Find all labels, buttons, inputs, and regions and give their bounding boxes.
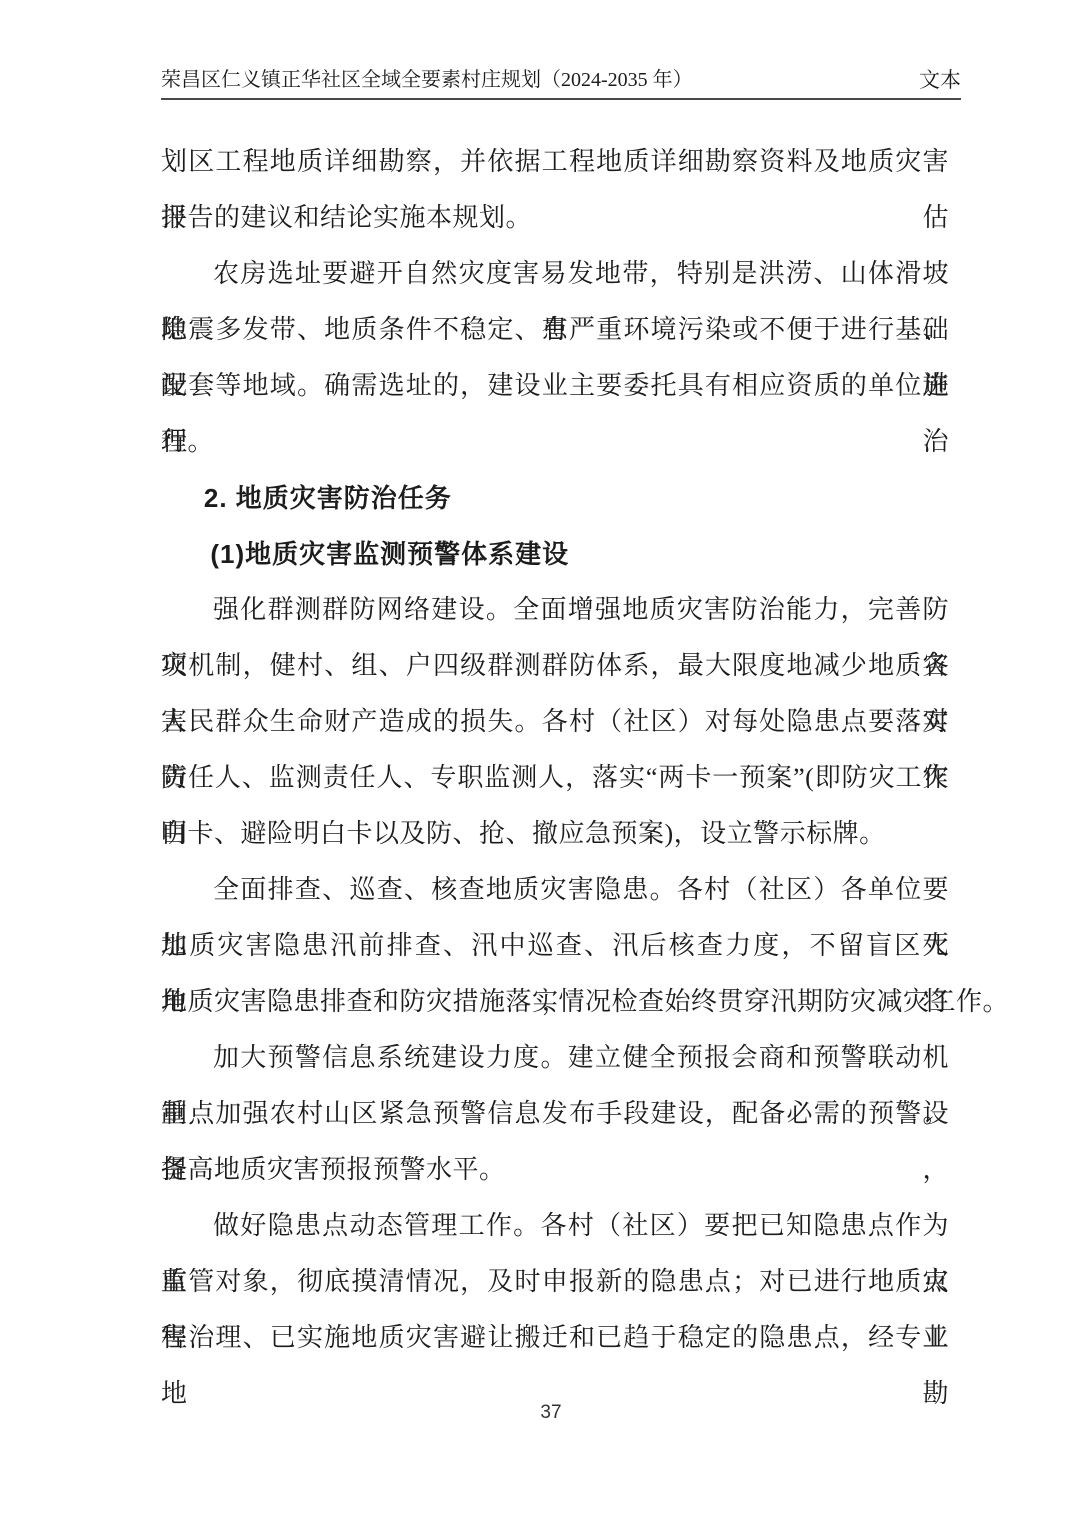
heading2: (1)地质灾害监测预警体系建设: [161, 526, 949, 582]
header-title: 荣昌区仁义镇正华社区全域全要素村庄规划（2024-2035 年）: [161, 68, 693, 92]
paragraph: 强化群测群防网络建设。全面增强地质灾害防治能力，完善防灾各项机制，健村、组、户四…: [161, 582, 949, 862]
text-line: 地质灾害隐患排查和防灾措施落实情况检查始终贯穿汛期防灾减灾工作。: [161, 974, 949, 1030]
paragraph: 划区工程地质详细勘察，并依据工程地质详细勘察资料及地质灾害评估报告的建议和结论实…: [161, 134, 949, 246]
text-line: 地震多发带、地质条件不稳定、有严重环境污染或不便于进行基础设施: [161, 302, 949, 358]
text-line: 项机制，健村、组、户四级群测群防体系，最大限度地减少地质灾害对: [161, 638, 949, 694]
text-line: 全面排查、巡查、核查地质灾害隐患。各村（社区）各单位要加大: [161, 862, 949, 918]
text-line: 划区工程地质详细勘察，并依据工程地质详细勘察资料及地质灾害评估: [161, 134, 949, 190]
text-line: 配套等地域。确需选址的，建设业主要委托具有相应资质的单位进行治: [161, 358, 949, 414]
paragraph: 农房选址要避开自然灾度害易发地带，特别是洪涝、山体滑坡隐患、地震多发带、地质条件…: [161, 246, 949, 470]
text-line: 农房选址要避开自然灾度害易发地带，特别是洪涝、山体滑坡隐患、: [161, 246, 949, 302]
paragraph: 加大预警信息系统建设力度。建立健全预报会商和预警联动机制。重点加强农村山区紧急预…: [161, 1030, 949, 1198]
paragraph: 做好隐患点动态管理工作。各村（社区）要把已知隐患点作为重点监管对象，彻底摸清情况…: [161, 1198, 949, 1366]
header-doc-type-label: 文本: [919, 68, 961, 92]
text-line: 白卡、避险明白卡以及防、抢、撤应急预案)，设立警示标牌。: [161, 806, 949, 862]
page-number: 37: [540, 1402, 561, 1423]
text-line: 程治理、已实施地质灾害避让搬迁和已趋于稳定的隐患点，经专业地勘: [161, 1310, 949, 1366]
text-line: 责任人、监测责任人、专职监测人，落实“两卡一预案”(即防灾工作明: [161, 750, 949, 806]
text-line: 地质灾害隐患汛前排查、汛中巡查、汛后核查力度，不留盲区死角，将: [161, 918, 949, 974]
text-line: 重点加强农村山区紧急预警信息发布手段建设，配备必需的预警设备，: [161, 1086, 949, 1142]
text-line: 人民群众生命财产造成的损失。各村（社区）对每处隐患点要落实防灾: [161, 694, 949, 750]
text-line: 监管对象，彻底摸清情况，及时申报新的隐患点；对已进行地质灾害工: [161, 1254, 949, 1310]
text-line: 2. 地质灾害防治任务: [161, 470, 949, 526]
page-header: 荣昌区仁义镇正华社区全域全要素村庄规划（2024-2035 年） 文本: [161, 68, 961, 100]
paragraph: 全面排查、巡查、核查地质灾害隐患。各村（社区）各单位要加大地质灾害隐患汛前排查、…: [161, 862, 949, 1030]
page-footer: 37: [161, 1402, 941, 1424]
text-line: (1)地质灾害监测预警体系建设: [161, 526, 949, 582]
heading1: 2. 地质灾害防治任务: [161, 470, 949, 526]
text-line: 加大预警信息系统建设力度。建立健全预报会商和预警联动机制。: [161, 1030, 949, 1086]
text-line: 做好隐患点动态管理工作。各村（社区）要把已知隐患点作为重点: [161, 1198, 949, 1254]
text-line: 强化群测群防网络建设。全面增强地质灾害防治能力，完善防灾各: [161, 582, 949, 638]
document-body: 划区工程地质详细勘察，并依据工程地质详细勘察资料及地质灾害评估报告的建议和结论实…: [161, 134, 949, 1366]
document-page: 荣昌区仁义镇正华社区全域全要素村庄规划（2024-2035 年） 文本 划区工程…: [0, 0, 1074, 1520]
